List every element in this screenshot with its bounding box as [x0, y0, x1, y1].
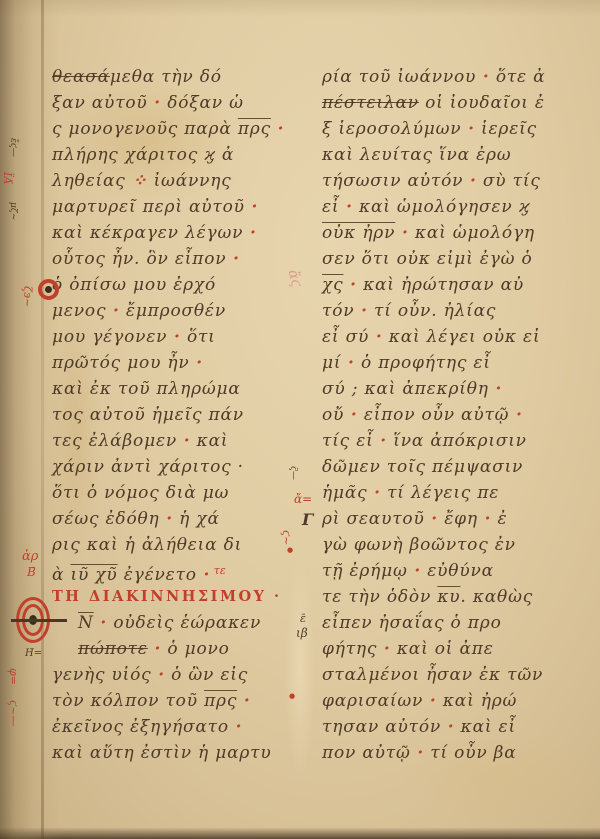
margin-note: ϛ~—	[7, 700, 20, 726]
text-segment: εὐθύνα	[421, 561, 494, 581]
text-segment: ρὶ σεαυτοῦ	[322, 509, 425, 529]
margin-note: Β̄	[27, 565, 36, 579]
text-segment: ·	[461, 119, 474, 139]
initial-core	[45, 286, 52, 293]
text-segment: ·	[167, 327, 180, 347]
text-line-left-23: πώποτε · ὁ μονο	[52, 636, 298, 662]
margin-note: ε̄	[300, 612, 306, 625]
text-line-left-9: ὁ ὀπίσω μου ἐρχό	[52, 272, 298, 298]
text-segment: ὅτι ὁ νόμος διὰ μω	[52, 483, 229, 503]
text-line-right-1: ρία τοῦ ἰωάννου · ὅτε ἀ	[322, 64, 586, 90]
text-line-right-15: τίς εἶ · ἵνα ἀπόκρισιν	[322, 428, 586, 454]
text-segment: ΤΗ ΔΙΑΚΙΝΝΗΣΙΜΟΥ ·	[52, 588, 282, 605]
text-line-left-5: ληθείας ⁘ ἰωάννης	[52, 168, 298, 194]
text-segment: γενὴς υἱός	[52, 665, 151, 685]
text-segment: ·	[369, 327, 382, 347]
text-segment: ·	[151, 665, 164, 685]
text-segment: ἰωάννης	[147, 171, 231, 191]
text-line-right-8: σεν ὅτι οὐκ εἰμὶ ἐγὼ ὁ	[322, 246, 586, 272]
text-line-right-13: σύ ; καὶ ἀπεκρίθη ·	[322, 376, 586, 402]
text-segment: ·	[377, 639, 390, 659]
text-segment: καὶ λευίτας ἵνα ἐρω	[322, 145, 511, 165]
text-line-right-11: εἶ σύ · καὶ λέγει οὐκ εἰ	[322, 324, 586, 350]
text-segment: ·	[478, 509, 491, 529]
text-segment: ληθείας	[52, 171, 126, 191]
text-line-left-27: καὶ αὕτη ἐστὶν ἡ μαρτυ	[52, 740, 298, 766]
text-segment: ·	[148, 639, 161, 659]
text-segment: ἔφη	[438, 509, 478, 529]
text-segment: ρις καὶ ἡ ἀλήθεια δι	[52, 535, 242, 555]
text-segment: ὁ μονο	[161, 639, 230, 659]
text-segment: ς μονογενοῦς παρὰ	[52, 119, 238, 139]
text-line-right-18: ρὶ σεαυτοῦ · ἔφη · ἐ	[322, 506, 586, 532]
text-segment: οὐκ ἠρν	[322, 223, 395, 243]
right-column: ρία τοῦ ἰωάννου · ὅτε ἀπέστειλαν οἱ ἰουδ…	[322, 64, 586, 766]
text-segment: ·	[106, 301, 119, 321]
text-line-left-8: οὗτος ἦν. ὃν εἶπον ·	[52, 246, 298, 272]
text-segment: χς	[322, 275, 343, 295]
decorated-initial-omicron	[38, 279, 59, 300]
text-segment: πλήρης χάριτος ϗ ἀ	[52, 145, 234, 165]
text-line-right-3: ξ ἱεροσολύμων · ἱερεῖς	[322, 116, 586, 142]
text-segment: ·	[341, 353, 354, 373]
text-segment: ·	[509, 405, 522, 425]
text-segment: φαρισαίων	[322, 691, 423, 711]
text-line-right-26: τησαν αὐτόν · καὶ εἶ	[322, 714, 586, 740]
text-segment: ἐ	[491, 509, 507, 529]
text-segment: ·	[160, 509, 173, 529]
text-segment: πώποτε	[78, 639, 148, 659]
text-segment: τί οὖν βα	[424, 743, 517, 763]
margin-note: Η̄=	[25, 648, 42, 659]
text-segment: καὶ εἶ	[454, 717, 516, 737]
text-segment: καὶ ἐκ τοῦ πληρώμα	[52, 379, 241, 399]
text-line-left-14: τος αὐτοῦ ἡμεῖς πάν	[52, 402, 298, 428]
text-segment: ·	[423, 691, 436, 711]
text-line-right-21: τε τὴν ὁδὸν κυ. καθὼς	[322, 584, 586, 610]
text-line-left-25: τὸν κόλπον τοῦ πρς ·	[52, 688, 298, 714]
text-segment: δῶμεν τοῖς πέμψασιν	[322, 457, 523, 477]
margin-note: φ=	[7, 668, 20, 685]
text-line-right-24: σταλμένοι ἦσαν ἐκ τῶν	[322, 662, 586, 688]
text-segment: τος αὐτοῦ ἡμεῖς πάν	[52, 405, 244, 425]
text-line-left-10: μενος · ἔμπροσθέν	[52, 298, 298, 324]
decorated-initial-theta	[16, 597, 50, 643]
text-line-right-14: οὔ · εἶπον οὖν αὐτῷ ·	[322, 402, 586, 428]
text-line-left-4: πλήρης χάριτος ϗ ἀ	[52, 142, 298, 168]
text-line-right-2: πέστειλαν οἱ ἰουδαῖοι ἐ	[322, 90, 586, 116]
text-line-right-5: τήσωσιν αὐτόν · σὺ τίς	[322, 168, 586, 194]
text-segment: χάριν ἀντὶ χάριτος ·	[52, 457, 244, 477]
text-segment: ·	[339, 197, 352, 217]
text-segment: φήτης	[322, 639, 377, 659]
margin-note: ζ϶~	[21, 286, 34, 307]
text-line-left-7: καὶ κέκραγεν λέγων ·	[52, 220, 298, 246]
text-segment: ·	[367, 483, 380, 503]
text-segment: ·	[441, 717, 454, 737]
text-segment: ὁ προφήτης εἶ	[355, 353, 491, 373]
text-segment: ξαν αὐτοῦ	[52, 93, 148, 113]
text-segment: γὼ φωνὴ βοῶντος ἐν	[322, 535, 516, 555]
text-segment: πρς	[238, 119, 271, 139]
text-segment: τήσωσιν αὐτόν	[322, 171, 463, 191]
text-segment: ὁ ὢν εἰς	[165, 665, 248, 685]
text-line-left-12: πρῶτός μου ἦν ·	[52, 350, 298, 376]
margin-note: μζ~	[8, 202, 18, 220]
text-line-right-20: τῇ ἐρήμῳ · εὐθύνα	[322, 558, 586, 584]
margin-note: ιβ	[296, 626, 308, 640]
margin-note: ἄϛ	[285, 268, 305, 289]
text-segment: πον αὐτῷ	[322, 743, 411, 763]
margin-note: ΪΑ̈	[1, 172, 14, 184]
text-segment: μενος	[52, 301, 106, 321]
text-segment: ἐκεῖνος ἐξηγήσατο	[52, 717, 229, 737]
text-line-right-17: ἡμᾶς · τί λέγεις πε	[322, 480, 586, 506]
text-segment: ·	[226, 249, 239, 269]
text-segment: ἡ χά	[173, 509, 220, 529]
text-segment: μαρτυρεῖ περὶ αὐτοῦ	[52, 197, 245, 217]
text-segment: καὶ κέκραγεν λέγων	[52, 223, 243, 243]
text-segment: τῇ ἐρήμῳ	[322, 561, 408, 581]
text-segment: ·	[148, 93, 161, 113]
text-line-left-2: ξαν αὐτοῦ · δόξαν ὡ	[52, 90, 298, 116]
text-segment: τησαν αὐτόν	[322, 717, 441, 737]
text-segment: ·	[489, 379, 502, 399]
text-segment: ⁘	[126, 171, 148, 191]
text-line-left-11: μου γέγονεν · ὅτι	[52, 324, 298, 350]
margin-note: ἁρ	[22, 549, 38, 564]
text-segment: ·	[395, 223, 408, 243]
text-segment: ξ ἱεροσολύμων	[322, 119, 461, 139]
text-segment: ἡμᾶς	[322, 483, 367, 503]
text-segment: ·	[354, 301, 367, 321]
text-line-left-18: σέως ἐδόθη · ἡ χά	[52, 506, 298, 532]
text-segment: ἱερεῖς	[475, 119, 537, 139]
text-segment: ·	[245, 197, 258, 217]
text-line-right-22: εἶπεν ἠσαΐας ὁ προ	[322, 610, 586, 636]
margin-note: ●	[289, 692, 295, 700]
text-segment: εἶπον οὖν αὐτῷ	[358, 405, 510, 425]
text-line-left-15: τες ἐλάβομεν · καὶ	[52, 428, 298, 454]
text-segment: ·	[374, 431, 387, 451]
text-segment: εἶ σύ	[322, 327, 369, 347]
text-segment: τε τὴν ὁδὸν	[322, 587, 437, 607]
text-segment: καὶ	[190, 431, 228, 451]
text-segment: εἶπεν ἠσαΐας ὁ προ	[322, 613, 502, 633]
text-segment: τε	[210, 564, 226, 577]
margin-note: ●	[287, 546, 293, 554]
text-segment: δόξαν ὡ	[161, 93, 244, 113]
text-segment: σέως ἐδόθη	[52, 509, 160, 529]
text-segment: τίς εἶ	[322, 431, 374, 451]
text-segment: σὺ τίς	[477, 171, 541, 191]
text-segment: ·	[229, 717, 242, 737]
left-column: θεασάμεθα τὴν δόξαν αὐτοῦ · δόξαν ὡς μον…	[52, 64, 298, 766]
text-segment: ὅτι	[181, 327, 216, 347]
text-line-left-19: ρις καὶ ἡ ἀλήθεια δι	[52, 532, 298, 558]
margin-note: ἄ=	[294, 492, 312, 506]
text-segment: Ν	[78, 613, 94, 633]
text-line-right-9: χς · καὶ ἠρώτησαν αὐ	[322, 272, 586, 298]
margin-note: Γ	[302, 510, 313, 529]
text-line-left-17: ὅτι ὁ νόμος διὰ μω	[52, 480, 298, 506]
text-line-right-27: πον αὐτῷ · τί οὖν βα	[322, 740, 586, 766]
text-segment: τί λέγεις πε	[381, 483, 499, 503]
text-segment: ·	[197, 565, 210, 585]
text-segment: τόν	[322, 301, 354, 321]
text-segment: καὶ ἠρώτησαν αὐ	[357, 275, 524, 295]
margin-note: ἔϛ—	[8, 138, 18, 157]
text-line-left-16: χάριν ἀντὶ χάριτος ·	[52, 454, 298, 480]
text-line-right-23: φήτης · καὶ οἱ ἀπε	[322, 636, 586, 662]
text-segment: ·	[344, 405, 357, 425]
text-segment: εἶ	[322, 197, 339, 217]
text-segment: καὶ ὡμολόγησεν ϗ	[353, 197, 530, 217]
text-segment: καὶ λέγει οὐκ εἰ	[383, 327, 541, 347]
text-segment: ἐγένετο	[118, 565, 197, 585]
text-segment: ·	[411, 743, 424, 763]
text-line-left-20: ὰ ιῦ χῦ ἐγένετο · τε	[52, 558, 298, 584]
text-segment: . καθὼς	[460, 587, 533, 607]
text-segment: καὶ ὡμολόγη	[409, 223, 535, 243]
text-line-right-10: τόν · τί οὖν. ἠλίας	[322, 298, 586, 324]
text-segment: μου γέγονεν	[52, 327, 167, 347]
text-segment: ·	[177, 431, 190, 451]
text-segment: ·	[476, 67, 489, 87]
text-segment: ·	[243, 223, 256, 243]
text-line-right-19: γὼ φωνὴ βοῶντος ἐν	[322, 532, 586, 558]
text-line-right-16: δῶμεν τοῖς πέμψασιν	[322, 454, 586, 480]
text-segment: ·	[271, 119, 284, 139]
text-segment: οἱ ἰουδαῖοι ἐ	[419, 93, 545, 113]
text-line-left-22: Ν · οὐδεὶς ἑώρακεν	[52, 610, 298, 636]
text-line-right-12: μί · ὁ προφήτης εἶ	[322, 350, 586, 376]
text-segment: σεν ὅτι οὐκ εἰμὶ ἐγὼ ὁ	[322, 249, 533, 269]
text-segment: οὗτος ἦν. ὃν εἶπον	[52, 249, 226, 269]
manuscript-page: θεασάμεθα τὴν δόξαν αὐτοῦ · δόξαν ὡς μον…	[0, 0, 600, 839]
text-segment: κυ	[437, 587, 460, 607]
text-segment: θεασά	[52, 67, 110, 87]
text-segment: ὰ	[52, 565, 70, 585]
text-segment: ὅτε ἀ	[490, 67, 546, 87]
text-segment: ·	[463, 171, 476, 191]
initial-crossbar	[11, 619, 67, 622]
text-segment: καὶ ἠρώ	[437, 691, 518, 711]
text-segment: τες ἐλάβομεν	[52, 431, 177, 451]
text-segment: ἵνα ἀπόκρισιν	[387, 431, 527, 451]
text-segment: ·	[190, 353, 203, 373]
text-segment: πρῶτός μου ἦν	[52, 353, 190, 373]
text-line-left-1: θεασάμεθα τὴν δό	[52, 64, 298, 90]
text-segment: ·	[425, 509, 438, 529]
margin-note: ϛ~	[280, 530, 293, 545]
text-line-right-4: καὶ λευίτας ἵνα ἐρω	[322, 142, 586, 168]
binding-crease	[41, 0, 44, 839]
text-segment: πρς	[204, 691, 237, 711]
text-segment: σταλμένοι ἦσαν ἐκ τῶν	[322, 665, 543, 685]
text-line-left-13: καὶ ἐκ τοῦ πληρώμα	[52, 376, 298, 402]
text-line-left-3: ς μονογενοῦς παρὰ πρς ·	[52, 116, 298, 142]
text-segment: τί οὖν. ἠλίας	[368, 301, 496, 321]
text-line-left-6: μαρτυρεῖ περὶ αὐτοῦ ·	[52, 194, 298, 220]
text-line-left-24: γενὴς υἱός · ὁ ὢν εἰς	[52, 662, 298, 688]
text-segment: καὶ οἱ ἀπε	[391, 639, 494, 659]
text-segment: ·	[408, 561, 421, 581]
text-segment: καὶ αὕτη ἐστὶν ἡ μαρτυ	[52, 743, 272, 763]
text-segment: ·	[237, 691, 250, 711]
text-segment: πέστειλαν	[322, 93, 419, 113]
text-segment: οὔ	[322, 405, 344, 425]
margin-note: ϛ̈—	[288, 466, 298, 480]
text-segment: σύ ; καὶ ἀπεκρίθη	[322, 379, 489, 399]
text-segment: μεθα τὴν δό	[110, 67, 222, 87]
text-segment: ἔμπροσθέν	[120, 301, 226, 321]
text-segment: τὸν κόλπον τοῦ	[52, 691, 204, 711]
text-segment: ·	[94, 613, 107, 633]
text-line-right-7: οὐκ ἠρν · καὶ ὡμολόγη	[322, 220, 586, 246]
text-line-right-6: εἶ · καὶ ὡμολόγησεν ϗ	[322, 194, 586, 220]
text-segment: ·	[343, 275, 356, 295]
text-line-left-21: ΤΗ ΔΙΑΚΙΝΝΗΣΙΜΟΥ ·	[52, 584, 298, 610]
text-segment: ὁ ὀπίσω μου ἐρχό	[52, 275, 216, 295]
text-line-left-26: ἐκεῖνος ἐξηγήσατο ·	[52, 714, 298, 740]
text-segment: ρία τοῦ ἰωάννου	[322, 67, 476, 87]
text-segment: οὐδεὶς ἑώρακεν	[107, 613, 261, 633]
text-line-right-25: φαρισαίων · καὶ ἠρώ	[322, 688, 586, 714]
text-segment: μί	[322, 353, 341, 373]
text-segment: ιῦ χῦ	[70, 565, 117, 585]
